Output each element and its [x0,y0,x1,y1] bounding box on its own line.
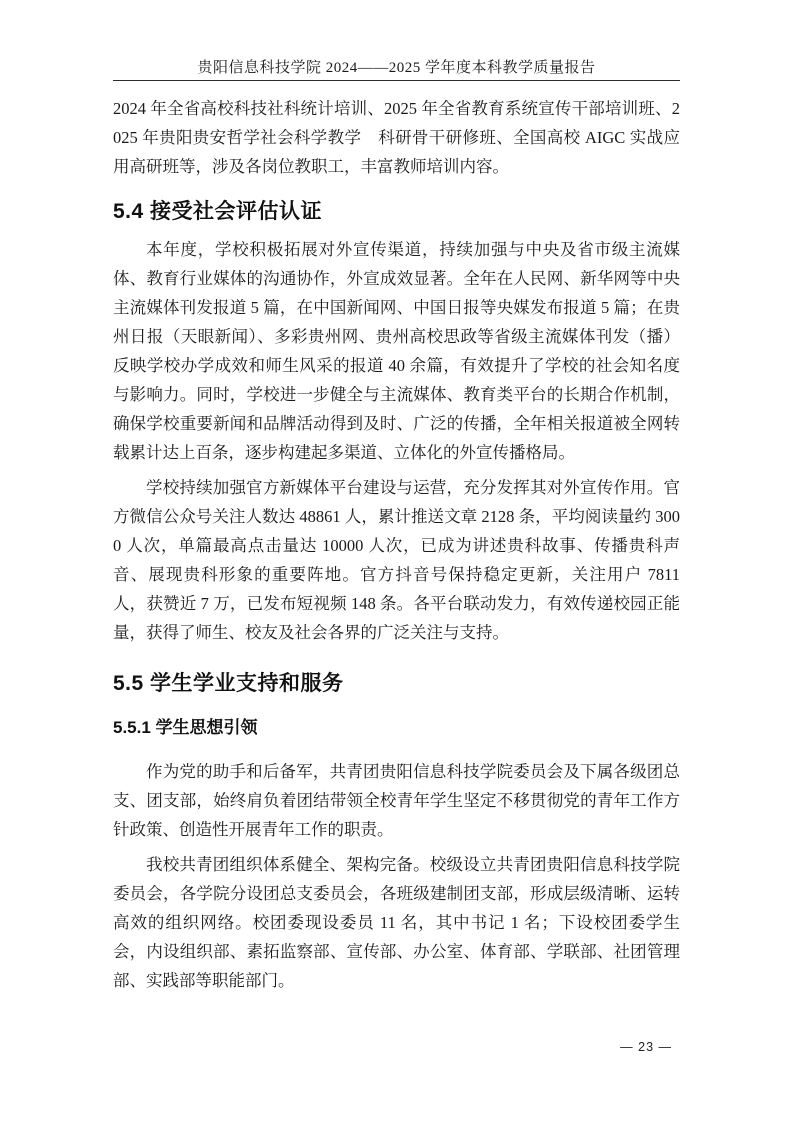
subsection-heading-5-5-1: 5.5.1 学生思想引领 [113,715,680,741]
running-header: 贵阳信息科技学院 2024——2025 学年度本科教学质量报告 [113,60,680,81]
running-header-title: 贵阳信息科技学院 2024——2025 学年度本科教学质量报告 [197,60,595,76]
page-content: 贵阳信息科技学院 2024——2025 学年度本科教学质量报告 2024 年全省… [113,60,680,1001]
page-number: — 23 — [620,1040,672,1054]
paragraph-youth-league-structure: 我校共青团组织体系健全、架构完备。校级设立共青团贵阳信息科技学院委员会，各学院分… [113,850,680,995]
report-page: 贵阳信息科技学院 2024——2025 学年度本科教学质量报告 2024 年全省… [0,0,793,1122]
paragraph-youth-league-role: 作为党的助手和后备军，共青团贵阳信息科技学院委员会及下属各级团总支、团支部，始终… [113,757,680,844]
paragraph-continuation: 2024 年全省高校科技社科统计培训、2025 年全省教育系统宣传干部培训班、2… [113,94,680,181]
paragraph-media-publicity: 本年度，学校积极拓展对外宣传渠道，持续加强与中央及省市级主流媒体、教育行业媒体的… [113,235,680,467]
section-heading-5-5: 5.5 学生学业支持和服务 [113,669,680,699]
paragraph-new-media-platforms: 学校持续加强官方新媒体平台建设与运营，充分发挥其对外宣传作用。官方微信公众号关注… [113,473,680,647]
section-heading-5-4: 5.4 接受社会评估认证 [113,197,680,227]
